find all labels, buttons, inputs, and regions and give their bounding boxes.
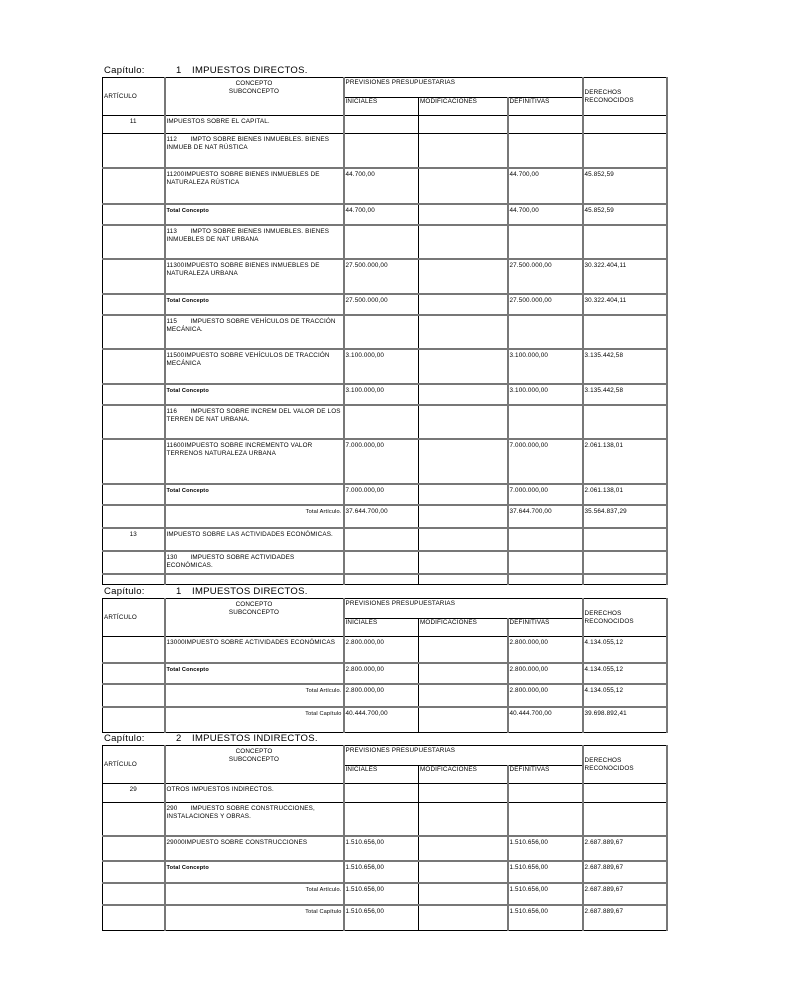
cell-concepto: OTROS IMPUESTOS INDIRECTOS. bbox=[165, 784, 344, 803]
cell-concepto: 11600IMPUESTO SOBRE INCREMENTO VALOR TER… bbox=[165, 439, 344, 484]
cell-definitivas: 2.800.000,00 bbox=[508, 663, 583, 684]
header-iniciales: INICIALES bbox=[344, 766, 419, 784]
cell-derechos bbox=[583, 551, 667, 574]
cell-articulo bbox=[103, 294, 165, 315]
cell-derechos bbox=[583, 116, 667, 134]
cell-iniciales bbox=[344, 784, 419, 803]
cell-derechos: 2.687.889,67 bbox=[583, 836, 667, 861]
concepto-text: Total Capítulo bbox=[305, 711, 341, 717]
cell-concepto: Total Concepto bbox=[165, 294, 344, 315]
chapter-number: 1 bbox=[176, 65, 192, 76]
concepto-text: IMPUESTO SOBRE ACTIVIDADES ECONÓMICAS bbox=[185, 639, 335, 646]
header-articulo: ARTÍCULO bbox=[103, 599, 165, 637]
cell-concepto: 113IMPTO SOBRE BIENES INMUEBLES. BIENES … bbox=[165, 225, 344, 259]
header-articulo: ARTÍCULO bbox=[103, 78, 165, 116]
cell-definitivas bbox=[508, 784, 583, 803]
cell-definitivas: 2.800.000,00 bbox=[508, 684, 583, 707]
cell-articulo: 13 bbox=[103, 528, 165, 551]
cell-concepto: 115IMPUESTO SOBRE VEHÍCULOS DE TRACCIÓN … bbox=[165, 315, 344, 349]
header-definitivas: DEFINITIVAS bbox=[508, 98, 583, 116]
cell-iniciales: 40.444.700,00 bbox=[344, 707, 419, 733]
cell-derechos: 2.061.138,01 bbox=[583, 439, 667, 484]
table-row: 130IMPUESTO SOBRE ACTIVIDADES ECONÓMICAS… bbox=[103, 551, 667, 574]
cell-modificaciones bbox=[419, 384, 508, 405]
header-row: ARTÍCULOCONCEPTOSUBCONCEPTOPREVISIONES P… bbox=[103, 599, 667, 619]
table-row: Total Concepto27.500.000,0027.500.000,00… bbox=[103, 294, 667, 315]
cell-modificaciones bbox=[419, 784, 508, 803]
header-modificaciones: MODIFICACIONES bbox=[419, 619, 508, 637]
chapter-number: 2 bbox=[176, 733, 192, 744]
header-concepto-label: CONCEPTO bbox=[167, 601, 342, 609]
cell-derechos bbox=[583, 405, 667, 439]
concepto-text: Total Concepto bbox=[167, 298, 209, 304]
concepto-text: Total Capítulo bbox=[305, 909, 341, 915]
table-row: 29OTROS IMPUESTOS INDIRECTOS. bbox=[103, 784, 667, 803]
cell-derechos: 2.687.889,67 bbox=[583, 861, 667, 883]
table-row: Total Concepto2.800.000,002.800.000,004.… bbox=[103, 663, 667, 684]
concepto-text: IMPUESTOS SOBRE EL CAPITAL. bbox=[167, 118, 270, 125]
concepto-text: IMPUESTO SOBRE LAS ACTIVIDADES ECONÓMICA… bbox=[167, 531, 333, 538]
concepto-text: IMPUESTO SOBRE BIENES INMUEBLES DE NATUR… bbox=[167, 262, 320, 277]
cell-derechos: 39.698.892,41 bbox=[583, 707, 667, 733]
table-row bbox=[103, 574, 667, 585]
chapter-heading: Capítulo:1IMPUESTOS DIRECTOS. bbox=[104, 586, 308, 597]
table-row: Total Capítulo40.444.700,0040.444.700,00… bbox=[103, 707, 667, 733]
concepto-code: 130 bbox=[167, 554, 191, 562]
header-derechos-line2: RECONOCIDOS bbox=[585, 765, 665, 773]
cell-definitivas bbox=[508, 116, 583, 134]
header-iniciales: INICIALES bbox=[344, 98, 419, 116]
cell-articulo bbox=[103, 551, 165, 574]
cell-concepto: Total Concepto bbox=[165, 663, 344, 684]
header-definitivas: DEFINITIVAS bbox=[508, 619, 583, 637]
cell-articulo bbox=[103, 707, 165, 733]
concepto-code: 11200 bbox=[167, 171, 185, 179]
header-modificaciones: MODIFICACIONES bbox=[419, 766, 508, 784]
cell-articulo bbox=[103, 861, 165, 883]
cell-definitivas: 1.510.656,00 bbox=[508, 905, 583, 931]
header-previsiones: PREVISIONES PRESUPUESTARIAS bbox=[344, 78, 583, 98]
cell-articulo bbox=[103, 168, 165, 204]
cell-concepto: 11300IMPUESTO SOBRE BIENES INMUEBLES DE … bbox=[165, 259, 344, 294]
cell-derechos bbox=[583, 803, 667, 836]
cell-articulo bbox=[103, 384, 165, 405]
cell-articulo bbox=[103, 405, 165, 439]
table-row: 116IMPUESTO SOBRE INCREM DEL VALOR DE LO… bbox=[103, 405, 667, 439]
cell-derechos: 4.134.055,12 bbox=[583, 637, 667, 663]
cell-iniciales bbox=[344, 225, 419, 259]
cell-derechos: 2.687.889,67 bbox=[583, 905, 667, 931]
cell-concepto: 290IMPUESTO SOBRE CONSTRUCCIONES, INSTAL… bbox=[165, 803, 344, 836]
cell-articulo bbox=[103, 315, 165, 349]
table-row: Total Capítulo1.510.656,001.510.656,002.… bbox=[103, 905, 667, 931]
header-articulo: ARTÍCULO bbox=[103, 746, 165, 784]
cell-modificaciones bbox=[419, 663, 508, 684]
cell-modificaciones bbox=[419, 707, 508, 733]
budget-table: ARTÍCULOCONCEPTOSUBCONCEPTOPREVISIONES P… bbox=[102, 77, 668, 585]
cell-definitivas: 37.644.700,00 bbox=[508, 505, 583, 528]
cell-definitivas: 3.100.000,00 bbox=[508, 384, 583, 405]
concepto-text: IMPUESTO SOBRE INCREMENTO VALOR TERRENOS… bbox=[167, 442, 313, 457]
table-row: Total Concepto44.700,0044.700,0045.852,5… bbox=[103, 204, 667, 225]
cell-concepto: Total Concepto bbox=[165, 204, 344, 225]
cell-definitivas bbox=[508, 574, 583, 585]
concepto-text: Total Concepto bbox=[167, 667, 209, 673]
cell-definitivas bbox=[508, 134, 583, 168]
cell-articulo bbox=[103, 684, 165, 707]
header-derechos-line2: RECONOCIDOS bbox=[585, 618, 665, 626]
cell-definitivas: 44.700,00 bbox=[508, 168, 583, 204]
cell-definitivas: 3.100.000,00 bbox=[508, 349, 583, 384]
concepto-code: 11600 bbox=[167, 442, 185, 450]
concepto-text: Total Artículo. bbox=[306, 688, 342, 694]
cell-iniciales: 3.100.000,00 bbox=[344, 384, 419, 405]
cell-iniciales: 1.510.656,00 bbox=[344, 905, 419, 931]
header-concepto: CONCEPTOSUBCONCEPTO bbox=[165, 746, 344, 784]
table-row: 115IMPUESTO SOBRE VEHÍCULOS DE TRACCIÓN … bbox=[103, 315, 667, 349]
cell-concepto: Total Concepto bbox=[165, 861, 344, 883]
concepto-text: Total Concepto bbox=[167, 865, 209, 871]
cell-modificaciones bbox=[419, 439, 508, 484]
concepto-text: IMPUESTO SOBRE BIENES INMUEBLES DE NATUR… bbox=[167, 171, 320, 186]
cell-articulo bbox=[103, 204, 165, 225]
cell-modificaciones bbox=[419, 883, 508, 905]
concepto-text: IMPTO SOBRE BIENES INMUEBLES. BIENES INM… bbox=[167, 228, 330, 243]
chapter-name: IMPUESTOS INDIRECTOS. bbox=[192, 733, 318, 744]
chapter-label: Capítulo: bbox=[104, 733, 176, 744]
cell-articulo bbox=[103, 883, 165, 905]
header-derechos-line1: DERECHOS bbox=[585, 89, 665, 97]
cell-modificaciones bbox=[419, 528, 508, 551]
chapter-label: Capítulo: bbox=[104, 65, 176, 76]
concepto-code: 11300 bbox=[167, 262, 185, 270]
chapter-heading: Capítulo:2IMPUESTOS INDIRECTOS. bbox=[104, 733, 318, 744]
header-derechos: DERECHOSRECONOCIDOS bbox=[583, 599, 667, 637]
concepto-code: 13000 bbox=[167, 639, 185, 647]
cell-definitivas: 1.510.656,00 bbox=[508, 861, 583, 883]
chapter-label: Capítulo: bbox=[104, 586, 176, 597]
cell-definitivas bbox=[508, 405, 583, 439]
header-concepto: CONCEPTOSUBCONCEPTO bbox=[165, 78, 344, 116]
cell-iniciales bbox=[344, 551, 419, 574]
header-concepto-label: CONCEPTO bbox=[167, 748, 342, 756]
cell-derechos bbox=[583, 574, 667, 585]
cell-concepto: 11500IMPUESTO SOBRE VEHÍCULOS DE TRACCIÓ… bbox=[165, 349, 344, 384]
header-derechos: DERECHOSRECONOCIDOS bbox=[583, 746, 667, 784]
cell-derechos: 4.134.055,12 bbox=[583, 663, 667, 684]
cell-derechos: 30.322.404,11 bbox=[583, 259, 667, 294]
header-subconcepto-label: SUBCONCEPTO bbox=[167, 756, 342, 764]
cell-concepto: 11200IMPUESTO SOBRE BIENES INMUEBLES DE … bbox=[165, 168, 344, 204]
table-row: Total Artículo.1.510.656,001.510.656,002… bbox=[103, 883, 667, 905]
header-concepto-label: CONCEPTO bbox=[167, 80, 342, 88]
cell-iniciales: 7.000.000,00 bbox=[344, 484, 419, 505]
cell-concepto: IMPUESTOS SOBRE EL CAPITAL. bbox=[165, 116, 344, 134]
cell-definitivas: 7.000.000,00 bbox=[508, 484, 583, 505]
cell-iniciales: 27.500.000,00 bbox=[344, 294, 419, 315]
cell-definitivas bbox=[508, 528, 583, 551]
concepto-text: Total Artículo. bbox=[306, 887, 342, 893]
header-subconcepto-label: SUBCONCEPTO bbox=[167, 609, 342, 617]
cell-articulo bbox=[103, 484, 165, 505]
concepto-text: IMPTO SOBRE BIENES INMUEBLES. BIENES INM… bbox=[167, 136, 330, 151]
header-previsiones: PREVISIONES PRESUPUESTARIAS bbox=[344, 599, 583, 619]
cell-concepto: Total Artículo. bbox=[165, 505, 344, 528]
cell-modificaciones bbox=[419, 405, 508, 439]
cell-derechos: 2.061.138,01 bbox=[583, 484, 667, 505]
cell-modificaciones bbox=[419, 116, 508, 134]
cell-articulo: 11 bbox=[103, 116, 165, 134]
cell-iniciales: 1.510.656,00 bbox=[344, 883, 419, 905]
cell-modificaciones bbox=[419, 168, 508, 204]
cell-articulo bbox=[103, 663, 165, 684]
table-row: Total Concepto1.510.656,001.510.656,002.… bbox=[103, 861, 667, 883]
chapter-name: IMPUESTOS DIRECTOS. bbox=[192, 65, 308, 76]
cell-modificaciones bbox=[419, 905, 508, 931]
concepto-text: IMPUESTO SOBRE VEHÍCULOS DE TRACCIÓN MEC… bbox=[167, 318, 336, 333]
cell-modificaciones bbox=[419, 204, 508, 225]
table-row: Total Concepto7.000.000,007.000.000,002.… bbox=[103, 484, 667, 505]
cell-modificaciones bbox=[419, 684, 508, 707]
header-derechos: DERECHOSRECONOCIDOS bbox=[583, 78, 667, 116]
cell-articulo bbox=[103, 349, 165, 384]
cell-definitivas: 7.000.000,00 bbox=[508, 439, 583, 484]
table-row: 11IMPUESTOS SOBRE EL CAPITAL. bbox=[103, 116, 667, 134]
cell-iniciales bbox=[344, 574, 419, 585]
cell-concepto: 130IMPUESTO SOBRE ACTIVIDADES ECONÓMICAS… bbox=[165, 551, 344, 574]
cell-derechos: 3.135.442,58 bbox=[583, 384, 667, 405]
concepto-text: Total Concepto bbox=[167, 388, 209, 394]
table-row: 11300IMPUESTO SOBRE BIENES INMUEBLES DE … bbox=[103, 259, 667, 294]
concepto-code: 11500 bbox=[167, 352, 185, 360]
chapter-name: IMPUESTOS DIRECTOS. bbox=[192, 586, 308, 597]
cell-modificaciones bbox=[419, 574, 508, 585]
cell-derechos: 2.687.889,67 bbox=[583, 883, 667, 905]
cell-articulo: 29 bbox=[103, 784, 165, 803]
concepto-text: IMPUESTO SOBRE CONSTRUCCIONES bbox=[185, 839, 308, 846]
cell-iniciales: 37.644.700,00 bbox=[344, 505, 419, 528]
cell-derechos: 30.322.404,11 bbox=[583, 294, 667, 315]
cell-iniciales: 27.500.000,00 bbox=[344, 259, 419, 294]
cell-concepto: Total Artículo. bbox=[165, 684, 344, 707]
table-row: Total Artículo.37.644.700,0037.644.700,0… bbox=[103, 505, 667, 528]
cell-modificaciones bbox=[419, 134, 508, 168]
cell-iniciales: 44.700,00 bbox=[344, 204, 419, 225]
cell-definitivas: 27.500.000,00 bbox=[508, 294, 583, 315]
cell-modificaciones bbox=[419, 315, 508, 349]
cell-iniciales: 3.100.000,00 bbox=[344, 349, 419, 384]
cell-iniciales: 1.510.656,00 bbox=[344, 836, 419, 861]
cell-concepto: 29000IMPUESTO SOBRE CONSTRUCCIONES bbox=[165, 836, 344, 861]
header-subconcepto-label: SUBCONCEPTO bbox=[167, 88, 342, 96]
cell-definitivas bbox=[508, 803, 583, 836]
cell-concepto: Total Concepto bbox=[165, 384, 344, 405]
cell-modificaciones bbox=[419, 225, 508, 259]
header-derechos-line1: DERECHOS bbox=[585, 757, 665, 765]
cell-definitivas bbox=[508, 551, 583, 574]
budget-table: ARTÍCULOCONCEPTOSUBCONCEPTOPREVISIONES P… bbox=[102, 598, 668, 733]
cell-modificaciones bbox=[419, 294, 508, 315]
concepto-code: 116 bbox=[167, 408, 191, 416]
cell-derechos bbox=[583, 784, 667, 803]
cell-concepto: Total Artículo. bbox=[165, 883, 344, 905]
cell-concepto: Total Concepto bbox=[165, 484, 344, 505]
table-row: 112IMPTO SOBRE BIENES INMUEBLES. BIENES … bbox=[103, 134, 667, 168]
chapter-heading: Capítulo:1IMPUESTOS DIRECTOS. bbox=[104, 65, 308, 76]
table-row: 11600IMPUESTO SOBRE INCREMENTO VALOR TER… bbox=[103, 439, 667, 484]
cell-articulo bbox=[103, 836, 165, 861]
header-definitivas: DEFINITIVAS bbox=[508, 766, 583, 784]
cell-articulo bbox=[103, 905, 165, 931]
cell-definitivas: 44.700,00 bbox=[508, 204, 583, 225]
concepto-text: Total Concepto bbox=[167, 488, 209, 494]
table-row: 13IMPUESTO SOBRE LAS ACTIVIDADES ECONÓMI… bbox=[103, 528, 667, 551]
cell-articulo bbox=[103, 803, 165, 836]
cell-articulo bbox=[103, 505, 165, 528]
cell-articulo bbox=[103, 259, 165, 294]
budget-table: ARTÍCULOCONCEPTOSUBCONCEPTOPREVISIONES P… bbox=[102, 745, 668, 931]
cell-concepto: 112IMPTO SOBRE BIENES INMUEBLES. BIENES … bbox=[165, 134, 344, 168]
concepto-code: 113 bbox=[167, 228, 191, 236]
cell-modificaciones bbox=[419, 836, 508, 861]
cell-definitivas: 1.510.656,00 bbox=[508, 836, 583, 861]
cell-definitivas bbox=[508, 225, 583, 259]
cell-definitivas: 2.800.000,00 bbox=[508, 637, 583, 663]
cell-articulo bbox=[103, 225, 165, 259]
cell-derechos bbox=[583, 315, 667, 349]
cell-iniciales: 2.800.000,00 bbox=[344, 663, 419, 684]
table-row: 29000IMPUESTO SOBRE CONSTRUCCIONES1.510.… bbox=[103, 836, 667, 861]
cell-derechos: 3.135.442,58 bbox=[583, 349, 667, 384]
table-row: 290IMPUESTO SOBRE CONSTRUCCIONES, INSTAL… bbox=[103, 803, 667, 836]
cell-articulo bbox=[103, 134, 165, 168]
cell-derechos: 35.564.837,29 bbox=[583, 505, 667, 528]
cell-iniciales: 44.700,00 bbox=[344, 168, 419, 204]
concepto-text: OTROS IMPUESTOS INDIRECTOS. bbox=[167, 786, 274, 793]
cell-iniciales: 7.000.000,00 bbox=[344, 439, 419, 484]
cell-definitivas: 40.444.700,00 bbox=[508, 707, 583, 733]
cell-modificaciones bbox=[419, 484, 508, 505]
cell-definitivas bbox=[508, 315, 583, 349]
table-row: Total Artículo.2.800.000,002.800.000,004… bbox=[103, 684, 667, 707]
concepto-code: 290 bbox=[167, 805, 191, 813]
cell-iniciales: 2.800.000,00 bbox=[344, 684, 419, 707]
header-row: ARTÍCULOCONCEPTOSUBCONCEPTOPREVISIONES P… bbox=[103, 78, 667, 98]
table-row: 11500IMPUESTO SOBRE VEHÍCULOS DE TRACCIÓ… bbox=[103, 349, 667, 384]
chapter-number: 1 bbox=[176, 586, 192, 597]
cell-iniciales: 1.510.656,00 bbox=[344, 861, 419, 883]
cell-definitivas: 1.510.656,00 bbox=[508, 883, 583, 905]
table-row: 113IMPTO SOBRE BIENES INMUEBLES. BIENES … bbox=[103, 225, 667, 259]
cell-concepto: Total Capítulo bbox=[165, 905, 344, 931]
header-previsiones: PREVISIONES PRESUPUESTARIAS bbox=[344, 746, 583, 766]
cell-iniciales bbox=[344, 116, 419, 134]
concepto-code: 115 bbox=[167, 318, 191, 326]
cell-iniciales bbox=[344, 528, 419, 551]
concepto-text: IMPUESTO SOBRE VEHÍCULOS DE TRACCIÓN MEC… bbox=[167, 352, 330, 367]
header-derechos-line2: RECONOCIDOS bbox=[585, 97, 665, 105]
header-iniciales: INICIALES bbox=[344, 619, 419, 637]
concepto-code: 29000 bbox=[167, 839, 185, 847]
cell-modificaciones bbox=[419, 803, 508, 836]
cell-modificaciones bbox=[419, 637, 508, 663]
cell-modificaciones bbox=[419, 259, 508, 294]
cell-articulo bbox=[103, 574, 165, 585]
cell-concepto: 116IMPUESTO SOBRE INCREM DEL VALOR DE LO… bbox=[165, 405, 344, 439]
cell-definitivas: 27.500.000,00 bbox=[508, 259, 583, 294]
cell-iniciales bbox=[344, 405, 419, 439]
header-modificaciones: MODIFICACIONES bbox=[419, 98, 508, 116]
header-row: ARTÍCULOCONCEPTOSUBCONCEPTOPREVISIONES P… bbox=[103, 746, 667, 766]
table-row: 13000IMPUESTO SOBRE ACTIVIDADES ECONÓMIC… bbox=[103, 637, 667, 663]
cell-iniciales: 2.800.000,00 bbox=[344, 637, 419, 663]
concepto-text: Total Concepto bbox=[167, 208, 209, 214]
cell-derechos bbox=[583, 225, 667, 259]
cell-derechos bbox=[583, 134, 667, 168]
cell-concepto: Total Capítulo bbox=[165, 707, 344, 733]
cell-iniciales bbox=[344, 315, 419, 349]
cell-articulo bbox=[103, 439, 165, 484]
cell-modificaciones bbox=[419, 505, 508, 528]
header-derechos-line1: DERECHOS bbox=[585, 610, 665, 618]
header-concepto: CONCEPTOSUBCONCEPTO bbox=[165, 599, 344, 637]
cell-modificaciones bbox=[419, 551, 508, 574]
cell-iniciales bbox=[344, 803, 419, 836]
cell-concepto: IMPUESTO SOBRE LAS ACTIVIDADES ECONÓMICA… bbox=[165, 528, 344, 551]
cell-modificaciones bbox=[419, 349, 508, 384]
concepto-text: IMPUESTO SOBRE INCREM DEL VALOR DE LOS T… bbox=[167, 408, 341, 423]
concepto-code: 112 bbox=[167, 136, 191, 144]
cell-derechos bbox=[583, 528, 667, 551]
cell-iniciales bbox=[344, 134, 419, 168]
table-row: Total Concepto3.100.000,003.100.000,003.… bbox=[103, 384, 667, 405]
cell-derechos: 45.852,59 bbox=[583, 168, 667, 204]
concepto-text: Total Artículo. bbox=[306, 509, 342, 515]
cell-articulo bbox=[103, 637, 165, 663]
cell-derechos: 45.852,59 bbox=[583, 204, 667, 225]
cell-derechos: 4.134.055,12 bbox=[583, 684, 667, 707]
cell-concepto bbox=[165, 574, 344, 585]
table-row: 11200IMPUESTO SOBRE BIENES INMUEBLES DE … bbox=[103, 168, 667, 204]
cell-concepto: 13000IMPUESTO SOBRE ACTIVIDADES ECONÓMIC… bbox=[165, 637, 344, 663]
cell-modificaciones bbox=[419, 861, 508, 883]
